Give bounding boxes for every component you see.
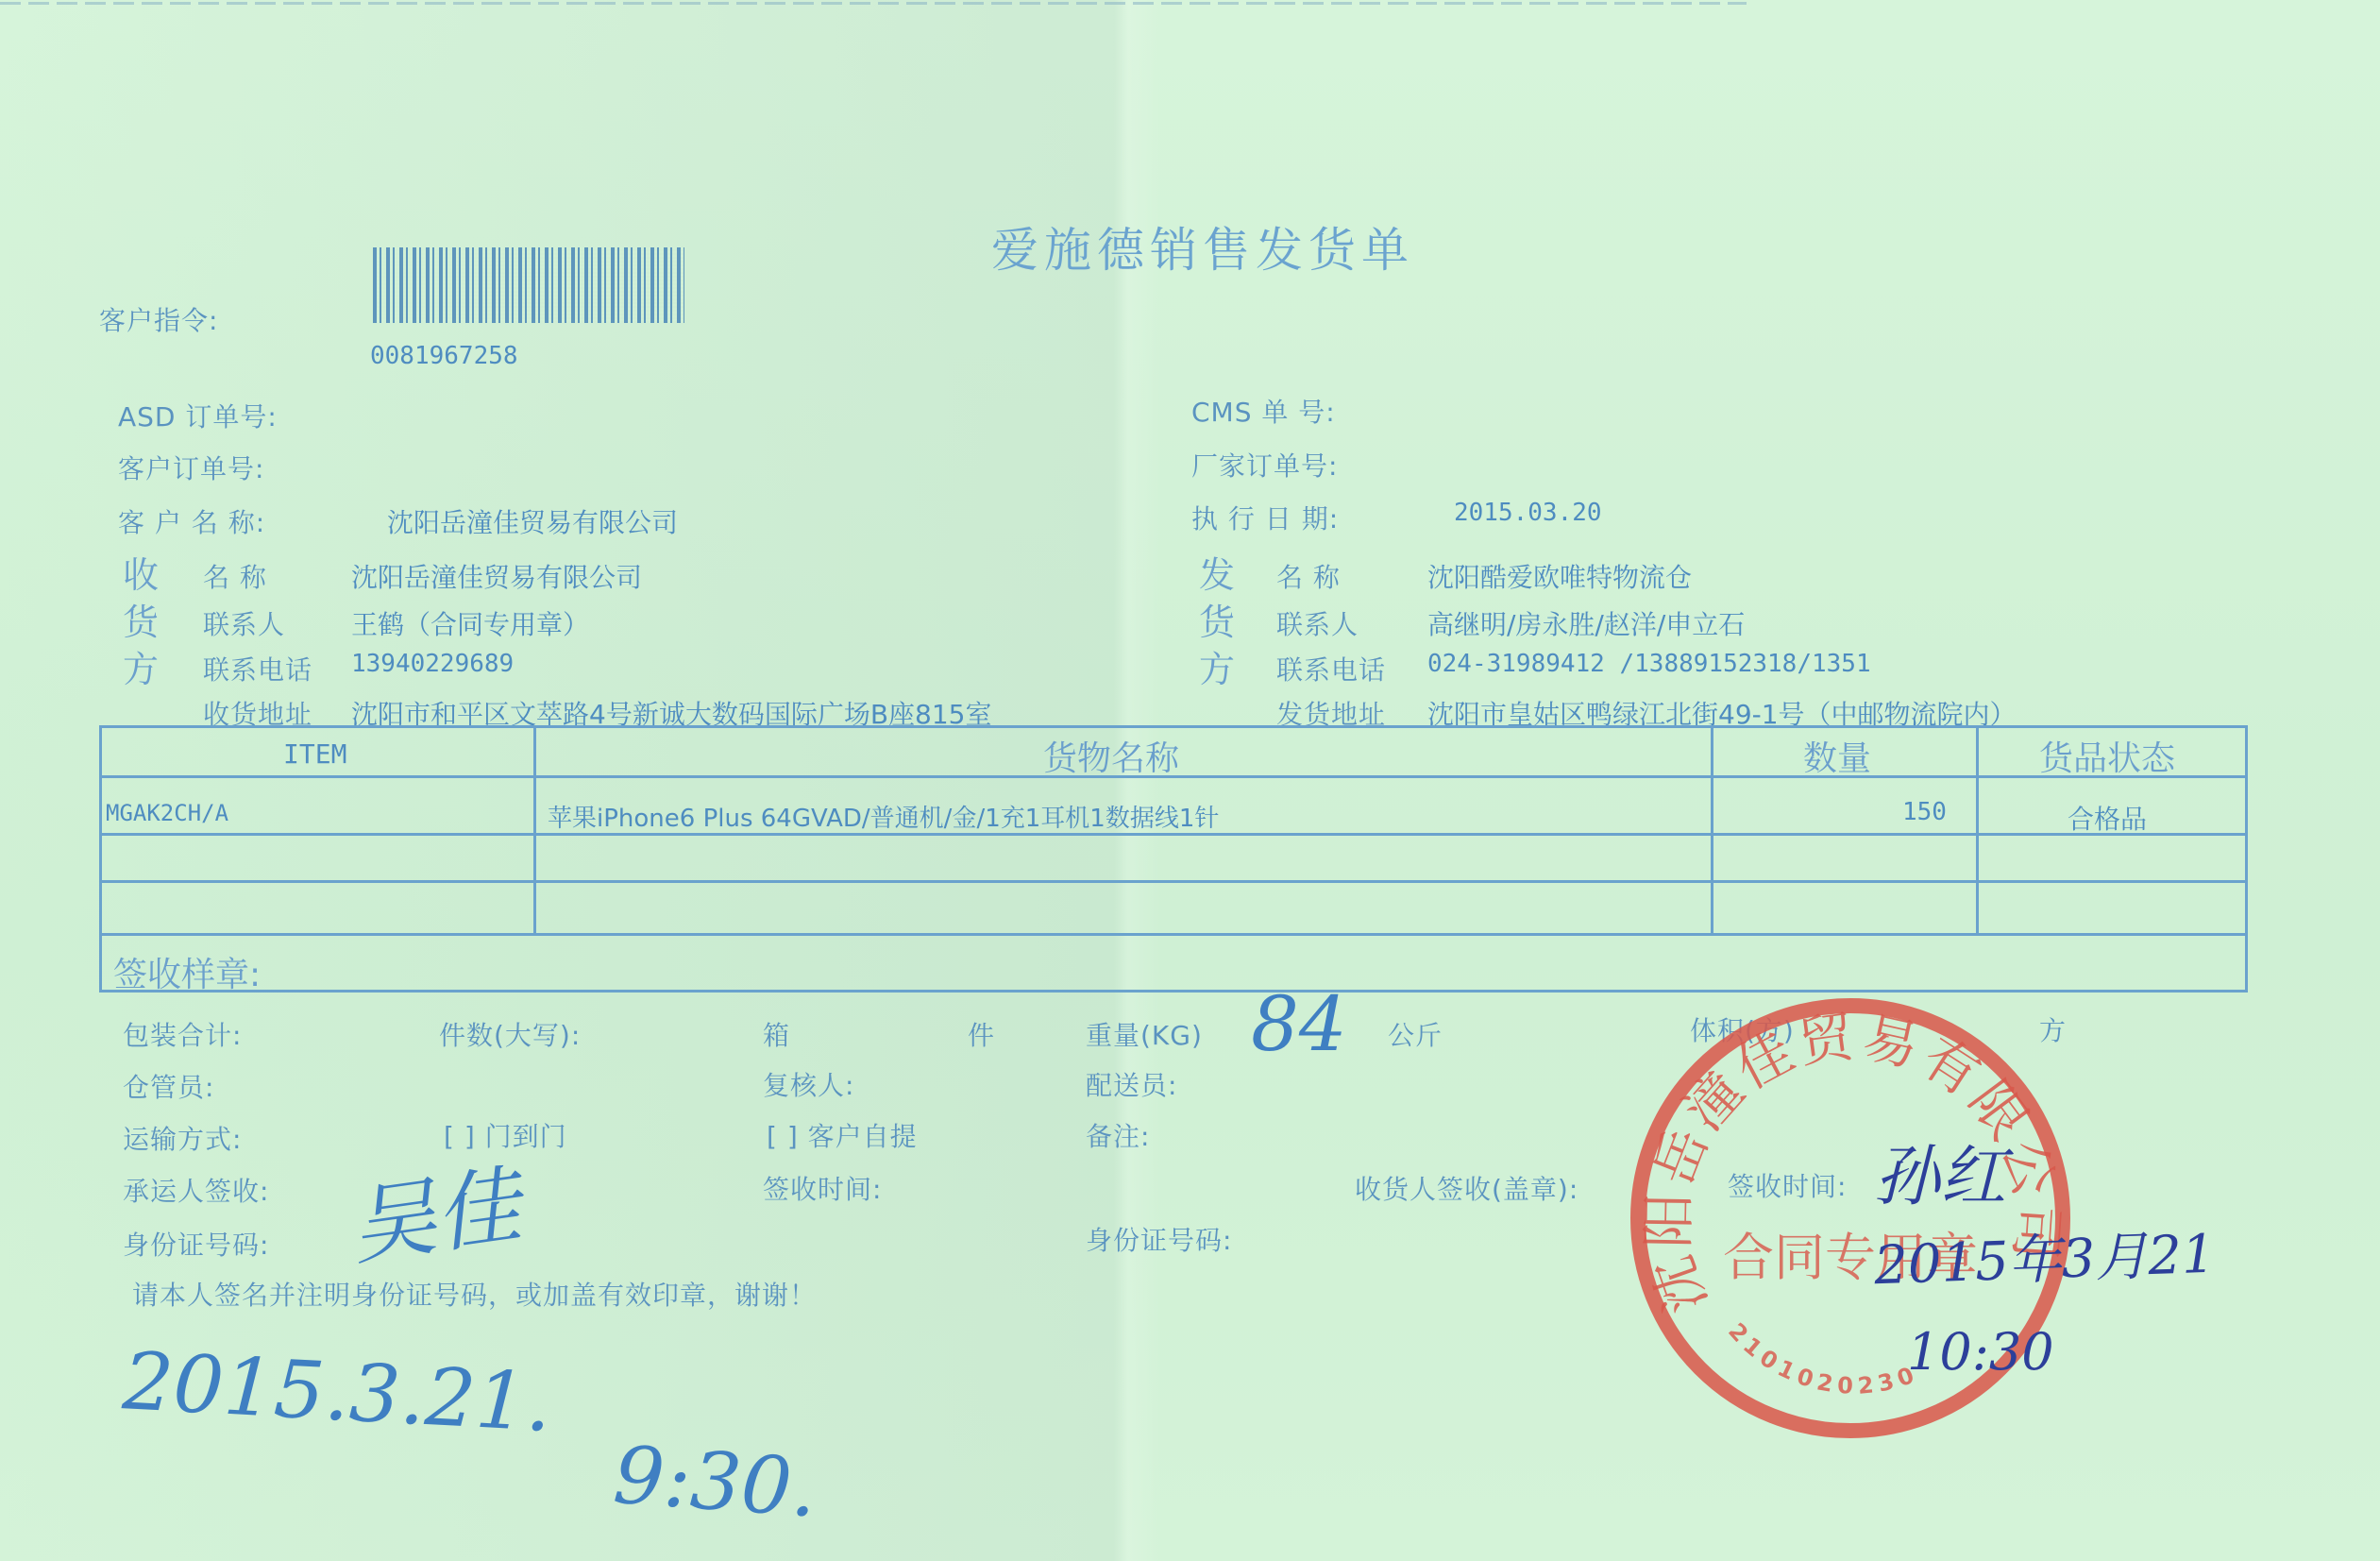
- receiver-phone-label: 联系电话: [203, 650, 312, 687]
- customer-order-label: 客户订单号:: [118, 449, 264, 486]
- exec-date-label: 执 行 日 期:: [1191, 499, 1339, 536]
- cms-order-label: CMS 单 号:: [1191, 392, 1336, 430]
- row-status: 合格品: [2068, 799, 2147, 837]
- shipper-phone-label: 联系电话: [1276, 650, 1386, 687]
- asd-order-label: ASD 订单号:: [118, 397, 278, 434]
- customer-instruction-label: 客户指令:: [99, 300, 218, 338]
- sign-sample-label: 签收样章:: [113, 948, 261, 996]
- svg-text:2101020230: 2101020230: [1723, 1318, 1923, 1400]
- notice-text: 请本人签名并注明身份证号码，或加盖有效印章，谢谢！: [132, 1275, 817, 1313]
- receiver-sign-label: 收货人签收(盖章):: [1355, 1169, 1578, 1207]
- receiver-side-2: 货: [123, 593, 159, 645]
- packing-total-label: 包装合计:: [123, 1015, 242, 1053]
- row-quantity: 150: [1902, 798, 1947, 826]
- weight-unit: 公斤: [1388, 1015, 1443, 1053]
- barcode: [373, 247, 684, 323]
- stamp-number: 2101020230: [1723, 1318, 1923, 1400]
- barcode-number: 0081967258: [370, 342, 518, 370]
- deliverer-label: 配送员:: [1086, 1065, 1177, 1103]
- header-status: 货品状态: [2039, 732, 2175, 780]
- carrier-signature: 吴佳: [342, 1136, 527, 1281]
- customer-name-value: 沈阳岳潼佳贸易有限公司: [387, 502, 678, 540]
- receiver-name: 沈阳岳潼佳贸易有限公司: [351, 557, 642, 595]
- id-number-2-label: 身份证号码:: [1086, 1220, 1232, 1258]
- weight-label: 重量(KG): [1086, 1015, 1203, 1053]
- header-quantity: 数量: [1803, 732, 1871, 780]
- receiver-contact-label: 联系人: [203, 604, 285, 642]
- piece-count-label: 件数(大写):: [439, 1015, 581, 1053]
- id-number-1-label: 身份证号码:: [123, 1225, 269, 1263]
- shipper-side-2: 货: [1199, 593, 1235, 645]
- carrier-sign-label: 承运人签收:: [123, 1171, 269, 1209]
- weight-value: 84: [1251, 980, 1347, 1068]
- factory-order-label: 厂家订单号:: [1191, 446, 1338, 484]
- piece-label: 件: [968, 1015, 995, 1053]
- remarks-label: 备注:: [1086, 1116, 1150, 1154]
- header-goods-name: 货物名称: [1043, 732, 1179, 780]
- receiver-side-3: 方: [123, 640, 159, 692]
- reviewer-label: 复核人:: [763, 1065, 854, 1103]
- row-goods-name: 苹果iPhone6 Plus 64GVAD/普通机/金/1充1耳机1数据线1针: [548, 799, 1219, 834]
- perforation-edge: [0, 2, 1747, 5]
- shipper-name: 沈阳酷爱欧唯特物流仓: [1427, 557, 1692, 595]
- receiver-contact: 王鹤（合同专用章）: [351, 604, 589, 642]
- receiver-signature: 孙红: [1874, 1124, 2006, 1219]
- shipper-side-3: 方: [1199, 640, 1235, 692]
- carrier-time: 9:30.: [611, 1429, 820, 1536]
- shipper-phone: 024-31989412 /13889152318/1351: [1427, 650, 1871, 678]
- carrier-date: 2015.3.21.: [121, 1334, 554, 1450]
- header-item: ITEM: [283, 738, 346, 770]
- customer-name-label: 客 户 名 称:: [118, 502, 265, 540]
- receiver-time: 10:30: [1907, 1322, 2054, 1382]
- receiver-date: 2015年3月21: [1873, 1213, 2217, 1300]
- shipper-name-label: 名 称: [1276, 557, 1341, 595]
- shipper-contact-label: 联系人: [1276, 604, 1359, 642]
- shipper-side-1: 发: [1199, 546, 1235, 598]
- sign-time-1-label: 签收时间:: [763, 1169, 882, 1207]
- warehouse-keeper-label: 仓管员:: [123, 1067, 214, 1105]
- box-label: 箱: [763, 1015, 790, 1053]
- receiver-name-label: 名 称: [203, 557, 267, 595]
- document-title: 爱施德销售发货单: [991, 212, 1414, 280]
- exec-date-value: 2015.03.20: [1454, 499, 1602, 527]
- receiver-side-1: 收: [123, 546, 159, 598]
- row-item: MGAK2CH/A: [106, 800, 228, 826]
- receiver-phone: 13940229689: [351, 650, 514, 678]
- transport-mode-label: 运输方式:: [123, 1119, 242, 1157]
- shipper-contact: 高继明/房永胜/赵洋/申立石: [1427, 604, 1745, 642]
- self-pickup-option: [ ] 客户自提: [767, 1116, 918, 1154]
